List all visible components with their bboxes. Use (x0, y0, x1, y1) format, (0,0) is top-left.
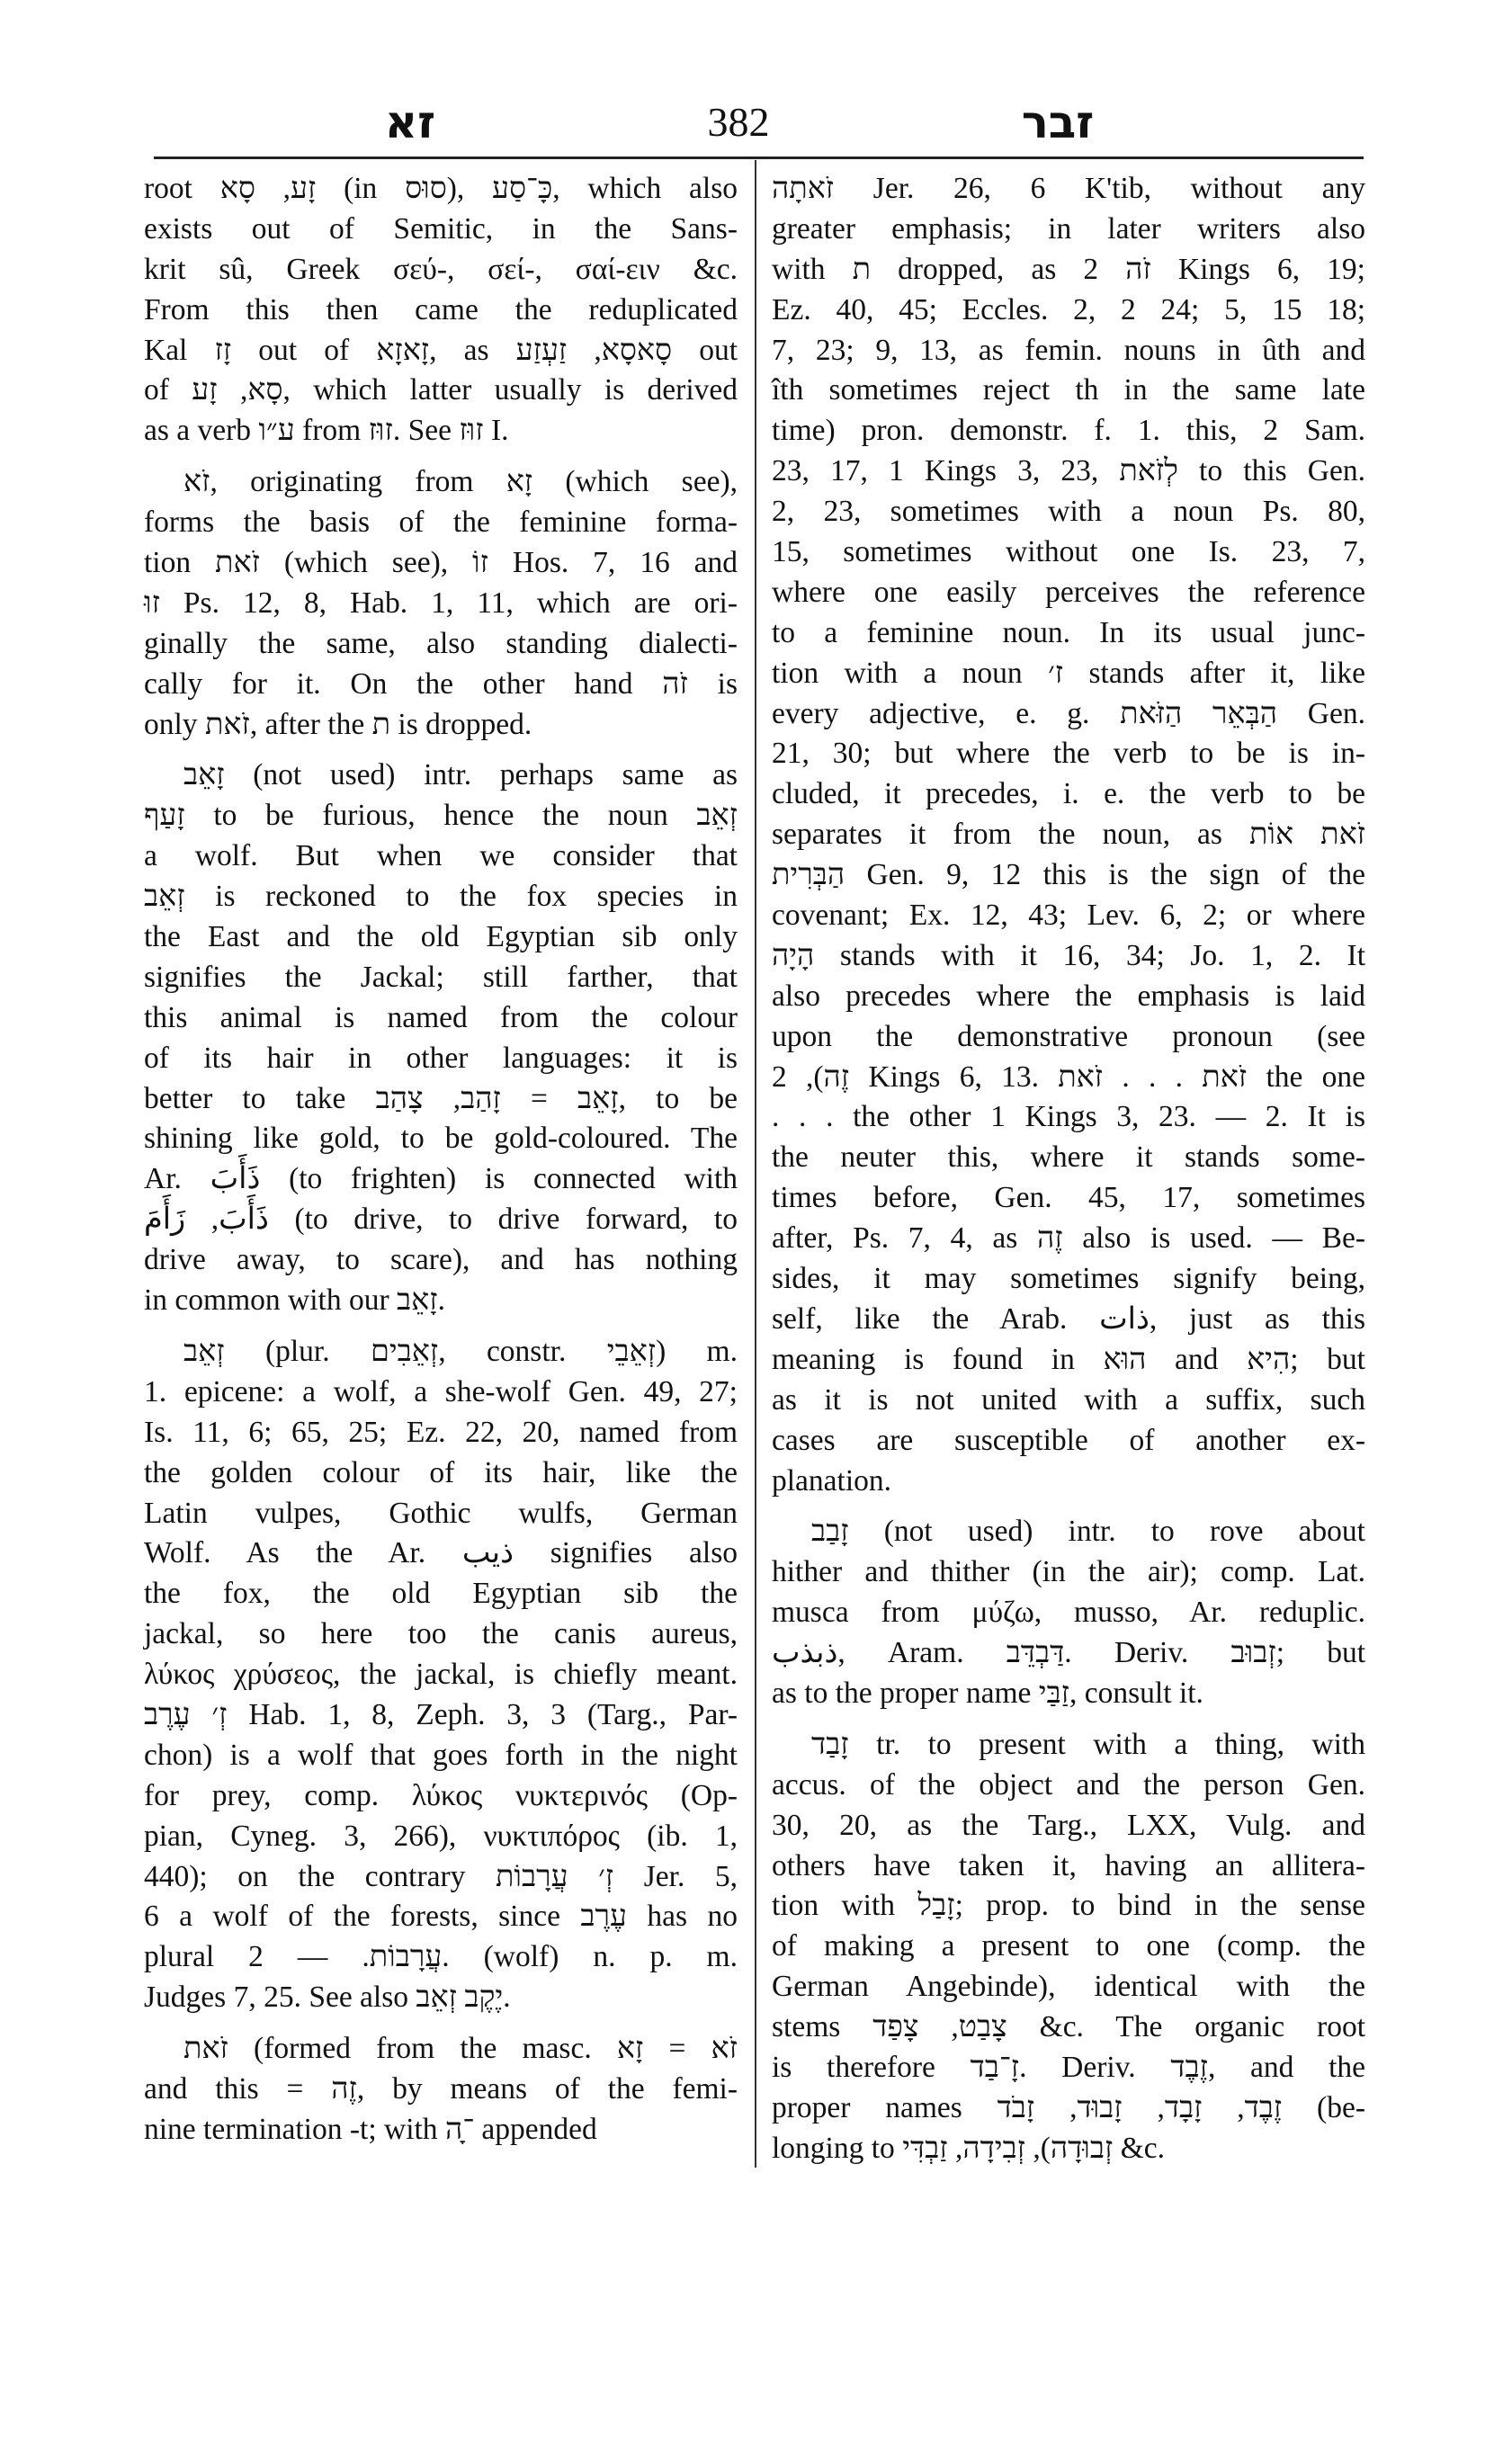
text-line: זְאֵב is reckoned to the fox species in (144, 877, 738, 917)
text-line: the fox, the old Egyptian sib the (144, 1574, 738, 1614)
text-line: for prey, comp. λύκος νυκτερινός (Op- (144, 1776, 738, 1817)
text-line: the East and the old Egyptian sib only (144, 917, 738, 958)
entry-headword-line: זְאֵב (plur. זְאֵבִים, constr. זְאֵבֵי) … (144, 1332, 738, 1373)
text-line: הַבְּרִית Gen. 9, 12 this is the sign of… (772, 855, 1365, 896)
text-line: longing to זְבוּדָה), זְבִידָה, זַבְדִּי… (772, 2129, 1365, 2169)
text-line: Is. 11, 6; 65, 25; Ez. 22, 20, named fro… (144, 1413, 738, 1453)
text-line: a wolf. But when we consider that (144, 836, 738, 877)
text-line: זְ׳ עֶרֶב Hab. 1, 8, Zeph. 3, 3 (Targ., … (144, 1695, 738, 1736)
entry-gap (772, 1714, 1365, 1725)
text-line: as to the proper name זַבַּי, consult it… (772, 1674, 1365, 1714)
text-line: musca from μύζω, musso, Ar. reduplic. (772, 1593, 1365, 1633)
text-line: sides, it may sometimes signify being, (772, 1259, 1365, 1300)
text-line: ذبذب, Aram. דַּבְדֵּב. Deriv. זְבוּב; bu… (772, 1633, 1365, 1674)
entry-gap (144, 745, 738, 756)
text-line: Kal זָז out of זָאזָא, as סָאסָא, זַעְזַ… (144, 331, 738, 371)
text-line: the neuter this, where it stands some- (772, 1138, 1365, 1178)
text-line: Latin vulpes, Gothic wulfs, German (144, 1494, 738, 1534)
text-line: cluded, it precedes, i. e. the verb to b… (772, 774, 1365, 815)
text-line: זוּ Ps. 12, 8, Hab. 1, 11, which are ori… (144, 584, 738, 624)
text-line: tion with זָבַל; prop. to bind in the se… (772, 1886, 1365, 1927)
text-line: Judges 7, 25. See also יֶקֶב זְאֵב. (144, 1978, 738, 2018)
text-line: nine termination -t; with ־ָה appended (144, 2110, 738, 2150)
text-line: self, like the Arab. ذات, just as this (772, 1300, 1365, 1340)
text-line: stems צָבַט, צָפַד &c. The organic root (772, 2007, 1365, 2048)
text-line: as it is not united with a suffix, such (772, 1381, 1365, 1421)
text-line: ginally the same, also standing dialecti… (144, 624, 738, 665)
text-line: λύκος χρύσεος, the jackal, is chiefly me… (144, 1655, 738, 1695)
text-line: the golden colour of its hair, like the (144, 1453, 738, 1494)
text-line: From this then came the reduplicated (144, 291, 738, 331)
text-line: this animal is named from the colour (144, 998, 738, 1039)
text-line: Wolf. As the Ar. ذيب signifies also (144, 1533, 738, 1574)
header-rule (154, 156, 1364, 159)
text-line: tion זֹאת (which see), זוֹ Hos. 7, 16 an… (144, 543, 738, 584)
text-line: Ar. ذَأَبَ (to frighten) is connected wi… (144, 1159, 738, 1200)
text-line: accus. of the object and the person Gen. (772, 1766, 1365, 1806)
text-line: krit sû, Greek σεύ-, σεί-, σαί-ειν &c. (144, 250, 738, 291)
text-line: זָעַף to be furious, hence the noun זְאֵ… (144, 796, 738, 836)
entry-headword-line: זֹאת (formed from the masc. זֹא = זָא (144, 2029, 738, 2070)
left-column: root זָע, סָא (in סוּס), כָּ־סַע, which … (144, 169, 738, 2150)
entry-headword-line: זָבַב (not used) intr. to rove about (772, 1512, 1365, 1552)
entry-headword-line: זָבַד tr. to present with a thing, with (772, 1725, 1365, 1766)
entry-gap (144, 452, 738, 462)
entry-gap (144, 1321, 738, 1332)
text-line: time) pron. demonstr. f. 1. this, 2 Sam. (772, 411, 1365, 452)
text-line: זֹאתָה Jer. 26, 6 K'tib, without any (772, 169, 1365, 210)
text-line: after, Ps. 7, 4, as זֶה also is used. — … (772, 1219, 1365, 1259)
text-line: 30, 20, as the Targ., LXX, Vulg. and (772, 1806, 1365, 1846)
text-line: planation. (772, 1462, 1365, 1502)
text-line: as a verb ע״ו from זוּז. See זוּז I. (144, 411, 738, 452)
text-line: with ת dropped, as זֹה 2 Kings 6, 19; (772, 250, 1365, 291)
entry-gap (772, 1501, 1365, 1512)
text-line: tion with a noun ז׳ stands after it, lik… (772, 654, 1365, 694)
text-line: 15, sometimes without one Is. 23, 7, (772, 532, 1365, 573)
text-line: better to take זָאֵב = זָהַב, צָהַב, to … (144, 1079, 738, 1120)
text-line: cally for it. On the other hand זֹה is (144, 665, 738, 705)
text-line: of making a present to one (comp. the (772, 1927, 1365, 1967)
entry-headword-line: זָאֵב (not used) intr. perhaps same as (144, 756, 738, 796)
text-line: jackal, so here too the canis aureus, (144, 1614, 738, 1655)
text-line: hither and thither (in the air); comp. L… (772, 1552, 1365, 1593)
text-line: זֶה), 2 Kings 6, 13. זֹאת . . . זֹאת the… (772, 1058, 1365, 1098)
text-line: 2, 23, sometimes with a noun Ps. 80, (772, 492, 1365, 532)
text-line: cases are susceptible of another ex- (772, 1421, 1365, 1462)
text-line: of its hair in other languages: it is (144, 1039, 738, 1079)
text-line: . . . the other 1 Kings 3, 23. — 2. It i… (772, 1097, 1365, 1138)
text-line: root זָע, סָא (in סוּס), כָּ־סַע, which … (144, 169, 738, 210)
left-guide-word: זא (356, 86, 464, 158)
text-line: signifies the Jackal; still farther, tha… (144, 958, 738, 998)
text-line: to a feminine noun. In its usual junc- (772, 613, 1365, 654)
text-line: only זֹאת, after the ת is dropped. (144, 705, 738, 746)
text-line: 7, 23; 9, 13, as femin. nouns in ûth and (772, 331, 1365, 371)
text-line: of סָא, זָע, which latter usually is der… (144, 371, 738, 411)
text-line: greater emphasis; in later writers also (772, 210, 1365, 250)
right-guide-word: זבר (995, 86, 1121, 158)
text-line: 23, 17, 1 Kings 3, 23, לְזֹאת to this Ge… (772, 452, 1365, 492)
text-line: others have taken it, having an allitera… (772, 1846, 1365, 1887)
text-line: 1. epicene: a wolf, a she-wolf Gen. 49, … (144, 1373, 738, 1413)
right-column: זֹאתָה Jer. 26, 6 K'tib, without anygrea… (772, 169, 1365, 2169)
text-line: 6 a wolf of the forests, since עֶרֶב has… (144, 1897, 738, 1937)
column-divider (755, 160, 756, 2168)
text-line: is therefore זָ־בַד. Deriv. זֶבֶד, and t… (772, 2048, 1365, 2088)
text-line: chon) is a wolf that goes forth in the n… (144, 1736, 738, 1776)
text-line: and this = זֶה, by means of the femi- (144, 2070, 738, 2110)
page-header: זא 382 זבר (154, 86, 1364, 158)
text-line: 440); on the contrary זְ׳ עֲרָבוֹת Jer. … (144, 1857, 738, 1898)
text-line: German Angebinde), identical with the (772, 1967, 1365, 2007)
text-line: forms the basis of the feminine forma- (144, 503, 738, 543)
text-line: covenant; Ex. 12, 43; Lev. 6, 2; or wher… (772, 896, 1365, 936)
text-line: הָיָה stands with it 16, 34; Jo. 1, 2. I… (772, 936, 1365, 977)
text-line: 21, 30; but where the verb to be is in- (772, 734, 1365, 774)
text-line: drive away, to scare), and has nothing (144, 1240, 738, 1281)
text-line: shining like gold, to be gold-coloured. … (144, 1119, 738, 1159)
text-line: in common with our זָאֵב. (144, 1281, 738, 1321)
text-line: times before, Gen. 45, 17, sometimes (772, 1178, 1365, 1219)
text-line: pian, Cyneg. 3, 266), νυκτιπόρος (ib. 1, (144, 1817, 738, 1857)
text-line: proper names זֶבֶד, זָבָד, זָבוּד, זָבֹד… (772, 2088, 1365, 2129)
text-line: ذَأَبَ, زَأَمَ (to drive, to drive forwa… (144, 1200, 738, 1240)
text-line: Ez. 40, 45; Eccles. 2, 2 24; 5, 15 18; (772, 291, 1365, 331)
text-line: separates it from the noun, as זֹאת אוֹת (772, 815, 1365, 855)
text-line: exists out of Semitic, in the Sans- (144, 210, 738, 250)
entry-gap (144, 2018, 738, 2029)
text-line: where one easily perceives the reference (772, 573, 1365, 613)
text-line: also precedes where the emphasis is laid (772, 977, 1365, 1017)
page-number: 382 (675, 86, 801, 158)
text-line: plural עֲרָבוֹת. — 2. (wolf) n. p. m. (144, 1937, 738, 1978)
text-line: meaning is found in הוּא and הִיא; but (772, 1340, 1365, 1381)
text-line: upon the demonstrative pronoun (see (772, 1017, 1365, 1058)
text-line: every adjective, e. g. הַבְּאֵר הַזֹּאת … (772, 694, 1365, 735)
entry-headword-line: זֹא, originating from זָא (which see), (144, 462, 738, 503)
text-line: îth sometimes reject th in the same late (772, 371, 1365, 411)
